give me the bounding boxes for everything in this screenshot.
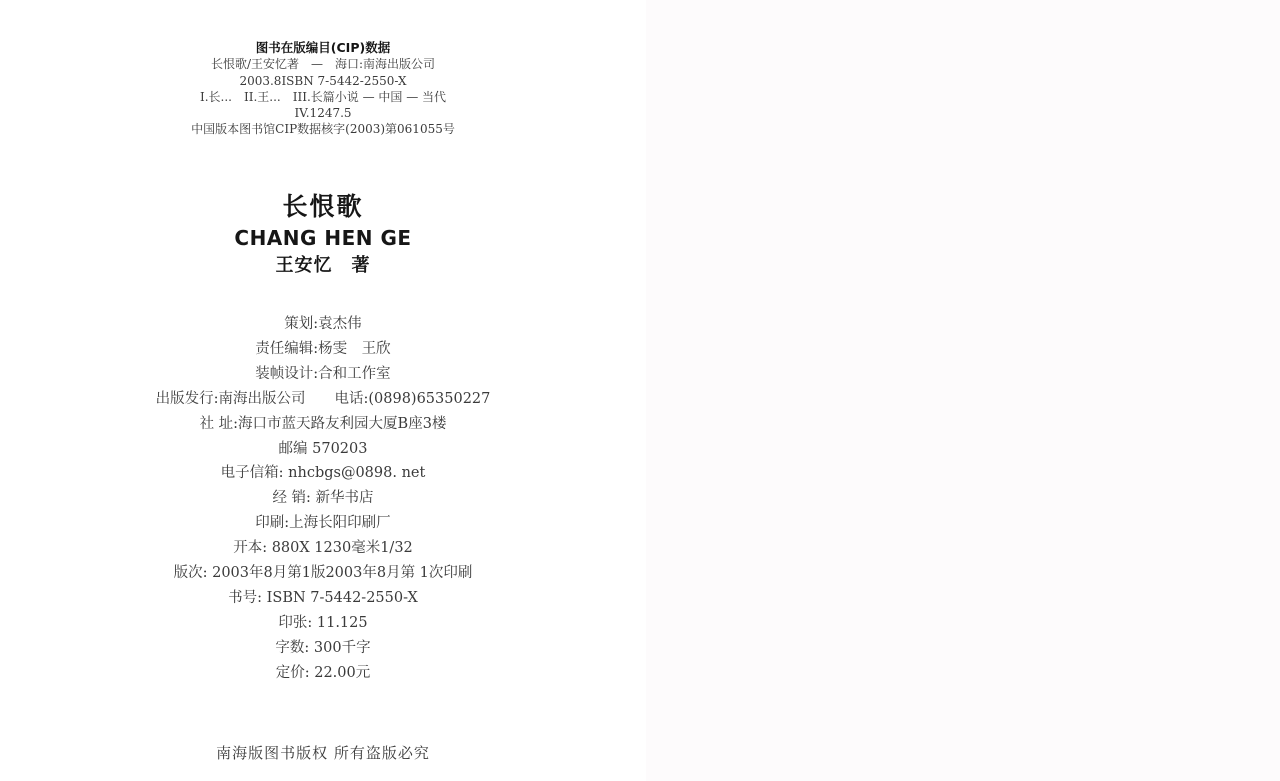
publication-line-address: 社 址:海口市蓝天路友利园大厦B座3楼 <box>0 412 646 437</box>
copyright-page: 图书在版编目(CIP)数据 长恨歌/王安忆著 — 海口:南海出版公司 2003.… <box>0 0 646 781</box>
cip-line: 长恨歌/王安忆著 — 海口:南海出版公司 <box>0 56 646 72</box>
publication-line-editors: 责任编辑:杨雯 王欣 <box>0 337 646 362</box>
publication-line-postcode: 邮编 570203 <box>0 437 646 462</box>
publication-line-planner: 策划:袁杰伟 <box>0 312 646 337</box>
cip-line: 2003.8ISBN 7-5442-2550-X <box>0 73 646 89</box>
publication-line-wordcount: 字数: 300千字 <box>0 636 646 661</box>
cip-line: IV.1247.5 <box>0 105 646 121</box>
publication-line-price: 定价: 22.00元 <box>0 661 646 686</box>
publication-line-design: 装帧设计:合和工作室 <box>0 362 646 387</box>
publication-line-isbn: 书号: ISBN 7-5442-2550-X <box>0 586 646 611</box>
book-author: 王安忆 著 <box>0 255 646 277</box>
publication-line-edition: 版次: 2003年8月第1版2003年8月第 1次印刷 <box>0 561 646 586</box>
publication-line-publisher-phone: 出版发行:南海出版公司 电话:(0898)65350227 <box>0 387 646 412</box>
publication-line-distributor: 经 销: 新华书店 <box>0 486 646 511</box>
publication-line-printer: 印刷:上海长阳印刷厂 <box>0 511 646 536</box>
piracy-notice: 南海版图书版权 所有盗版必究 <box>0 744 646 762</box>
cip-line: 中国版本图书馆CIP数据核字(2003)第061055号 <box>0 121 646 137</box>
book-title-chinese: 长恨歌 <box>0 192 646 222</box>
cip-header: 图书在版编目(CIP)数据 <box>0 40 646 56</box>
publication-info-block: 策划:袁杰伟 责任编辑:杨雯 王欣 装帧设计:合和工作室 出版发行:南海出版公司… <box>0 312 646 686</box>
book-title-pinyin: CHANG HEN GE <box>0 227 646 249</box>
cip-line: I.长... II.王... III.长篇小说 — 中国 — 当代 <box>0 89 646 105</box>
publication-line-email: 电子信箱: nhcbgs@0898. net <box>0 461 646 486</box>
publication-line-sheets: 印张: 11.125 <box>0 611 646 636</box>
two-page-spread: 图书在版编目(CIP)数据 长恨歌/王安忆著 — 海口:南海出版公司 2003.… <box>0 0 1280 781</box>
cip-block: 图书在版编目(CIP)数据 长恨歌/王安忆著 — 海口:南海出版公司 2003.… <box>0 40 646 138</box>
blank-page <box>646 0 1280 781</box>
publication-line-format: 开本: 880X 1230毫米1/32 <box>0 536 646 561</box>
